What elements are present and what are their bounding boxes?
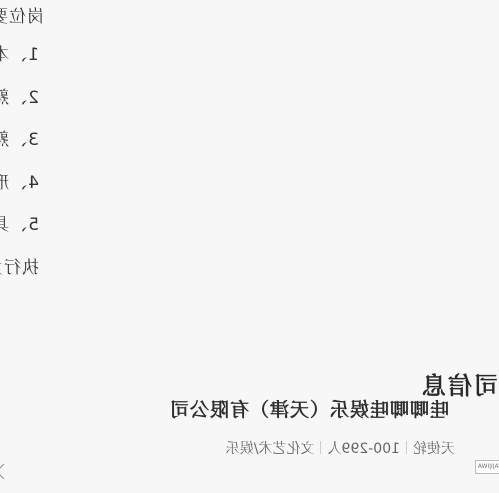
mirrored-screen: 岗位要求： 1、本科学历，熟悉行政工作特点，内容和要求。 2、熟练应用基础的办公… <box>0 0 499 493</box>
company-industry: 文化艺术/娱乐 <box>226 441 315 457</box>
company-logo: WAJIJIWA <box>475 460 499 474</box>
requirement-line-5: 5、具有良好的敬业精神和职业操守，具备较强的计划性， <box>0 210 39 235</box>
company-name: 哇唧唧哇娱乐（天津）有限公司 <box>169 395 449 422</box>
company-size: 100-299人 <box>328 441 401 457</box>
company-funding: 天使轮 <box>413 441 455 457</box>
chevron-right-icon[interactable] <box>0 464 11 480</box>
requirement-line-6: 执行力以及优秀的团队合作意识。 <box>0 253 39 278</box>
requirement-line-4: 4、形象好，气质佳，积极主动，具有较好的人际沟通能力 <box>0 168 39 193</box>
company-card[interactable]: WAJIJIWA 哇唧唧哇娱乐（天津）有限公司 天使轮100-299人文化艺术/… <box>0 395 499 493</box>
meta-divider <box>406 441 407 454</box>
requirement-line-3: 3、熟悉行政工作特点，内容和要求。 <box>0 125 39 150</box>
requirement-heading: 岗位要求： <box>0 2 44 27</box>
company-meta: 天使轮100-299人文化艺术/娱乐 <box>226 438 455 458</box>
requirement-line-1: 1、本科学历，熟悉行政工作特点，内容和要求。 <box>0 40 39 65</box>
requirement-line-2: 2、熟练应用基础的办公软件和办公自动化设备； <box>0 83 39 108</box>
meta-divider <box>321 441 322 454</box>
